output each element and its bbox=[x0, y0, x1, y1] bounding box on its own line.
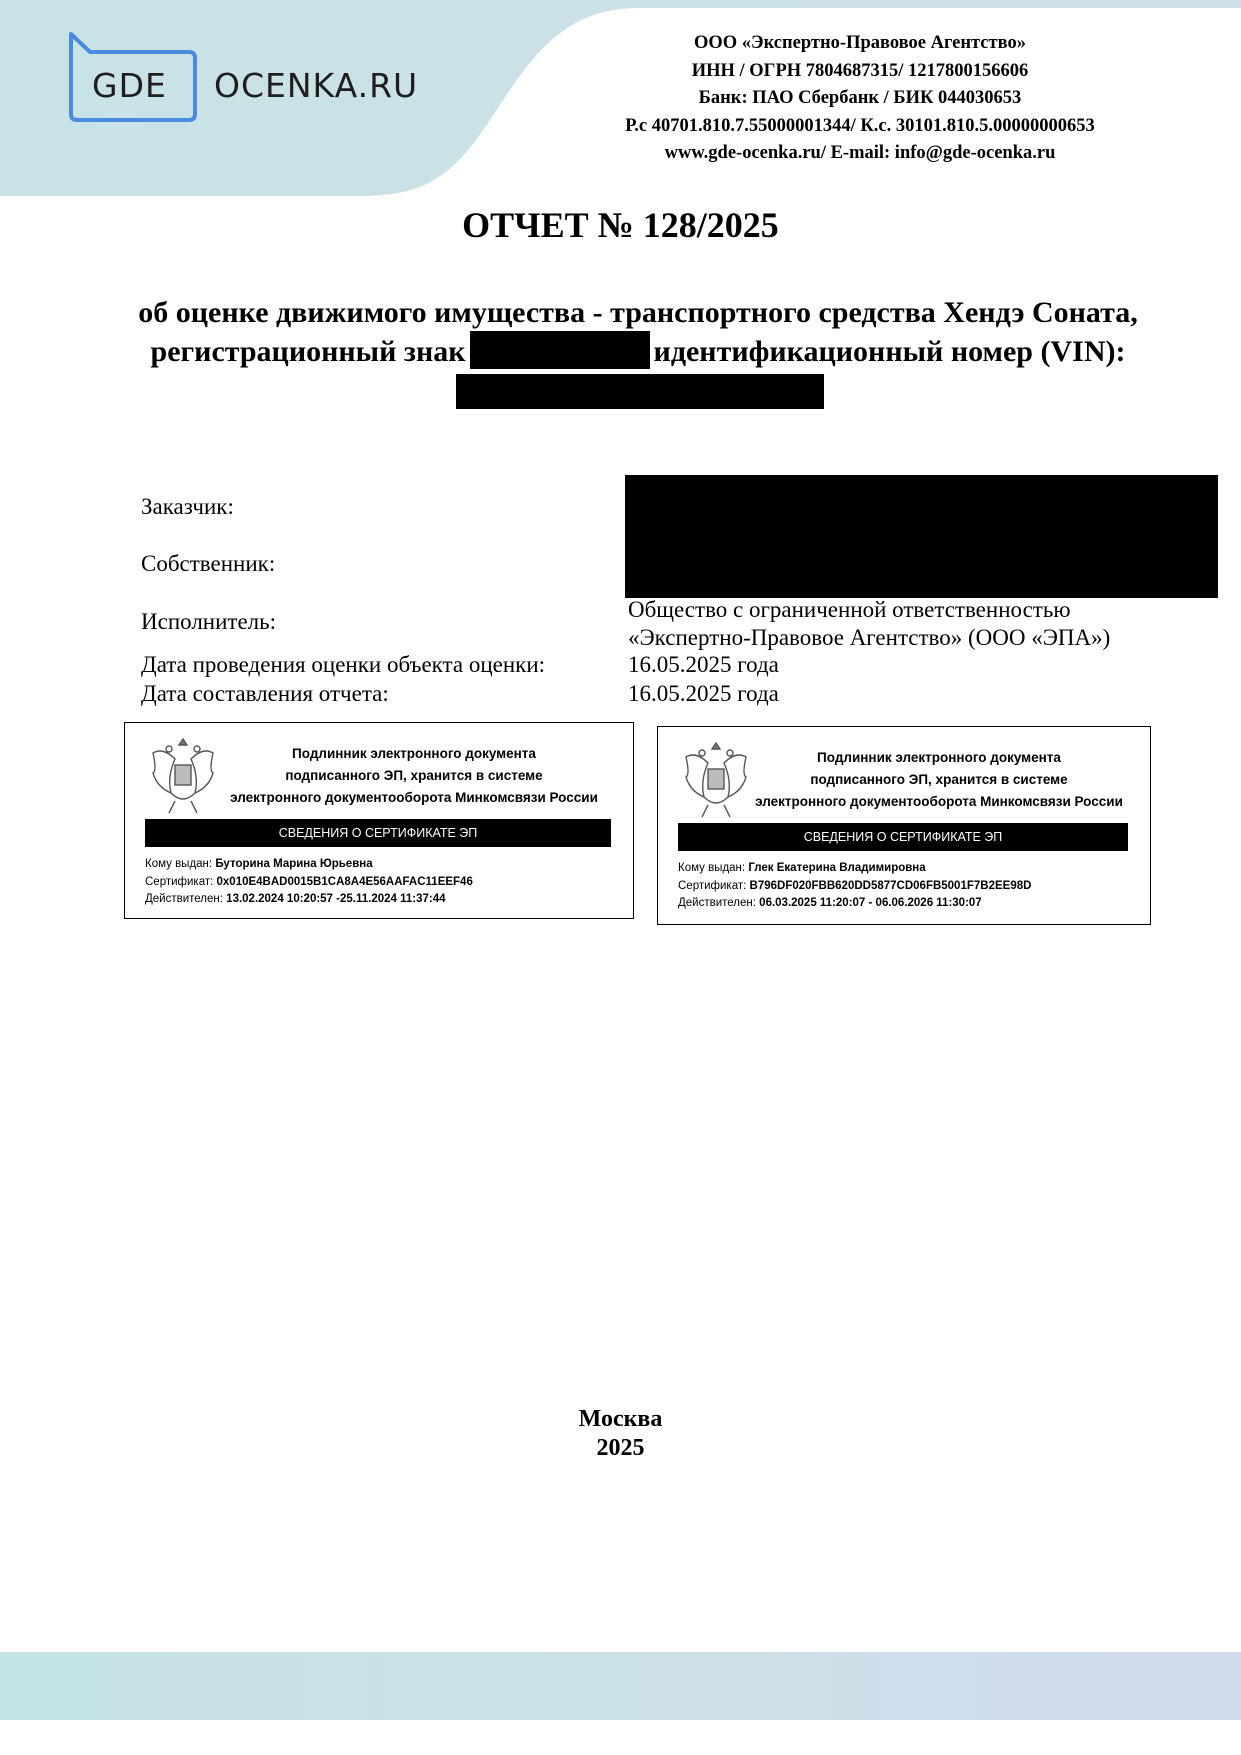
valuation-date-label: Дата проведения оценки объекта оценки: bbox=[141, 652, 545, 678]
stamp-heading-line: подписанного ЭП, хранится в системе bbox=[205, 765, 623, 787]
logo-text-ocenka: OCENKA.RU bbox=[214, 66, 418, 105]
customer-label: Заказчик: bbox=[141, 494, 234, 520]
issued-to-row: Кому выдан: Глек Екатерина Владимировна bbox=[678, 860, 1031, 878]
company-inn-ogrn: ИНН / ОГРН 7804687315/ 1217800156606 bbox=[600, 58, 1120, 86]
stamp-heading-line: электронного документооборота Минкомсвяз… bbox=[738, 791, 1140, 813]
certificate-row: Сертификат: 0x010E4BAD0015B1CA8A4E56AAFA… bbox=[145, 874, 473, 892]
stamp-heading-line: Подлинник электронного документа bbox=[205, 743, 623, 765]
company-name: ООО «Экспертно-Правовое Агентство» bbox=[600, 30, 1120, 58]
executor-line-1: Общество с ограниченной ответственностью bbox=[628, 596, 1110, 624]
report-title: ОТЧЕТ № 128/2025 bbox=[0, 204, 1241, 246]
redacted-customer-owner bbox=[625, 475, 1218, 598]
certificate-info-bar: СВЕДЕНИЯ О СЕРТИФИКАТЕ ЭП bbox=[145, 819, 611, 847]
certificate-info-bar: СВЕДЕНИЯ О СЕРТИФИКАТЕ ЭП bbox=[678, 823, 1128, 851]
certificate-details: Кому выдан: Глек Екатерина Владимировна … bbox=[678, 860, 1031, 913]
valid-label: Действителен: bbox=[678, 897, 756, 909]
stamp-heading-line: Подлинник электронного документа bbox=[738, 747, 1140, 769]
executor-value: Общество с ограниченной ответственностью… bbox=[628, 596, 1110, 652]
company-accounts: Р.с 40701.810.7.55000001344/ К.с. 30101.… bbox=[600, 113, 1120, 141]
company-requisites: ООО «Экспертно-Правовое Агентство» ИНН /… bbox=[600, 30, 1120, 168]
valid-value: 06.03.2025 11:20:07 - 06.06.2026 11:30:0… bbox=[759, 897, 982, 909]
report-subtitle: об оценке движимого имущества - транспор… bbox=[138, 293, 1138, 413]
city: Москва bbox=[0, 1405, 1241, 1434]
place-and-year: Москва 2025 bbox=[0, 1405, 1241, 1463]
redacted-plate bbox=[470, 331, 650, 369]
redacted-vin bbox=[456, 374, 824, 409]
certificate-details: Кому выдан: Буторина Марина Юрьевна Серт… bbox=[145, 856, 473, 909]
certificate-row: Сертификат: B796DF020FBB620DD5877CD06FB5… bbox=[678, 878, 1031, 896]
e-signature-stamp: Подлинник электронного документа подписа… bbox=[657, 726, 1151, 925]
report-date-value: 16.05.2025 года bbox=[628, 680, 779, 708]
valid-value: 13.02.2024 10:20:57 -25.11.2024 11:37:44 bbox=[226, 893, 445, 905]
stamp-heading: Подлинник электронного документа подписа… bbox=[738, 747, 1140, 813]
stamp-heading: Подлинник электронного документа подписа… bbox=[205, 743, 623, 809]
executor-label: Исполнитель: bbox=[141, 609, 276, 635]
company-bank: Банк: ПАО Сбербанк / БИК 044030653 bbox=[600, 85, 1120, 113]
stamp-heading-line: электронного документооборота Минкомсвяз… bbox=[205, 787, 623, 809]
stamp-heading-line: подписанного ЭП, хранится в системе bbox=[738, 769, 1140, 791]
issued-to-label: Кому выдан: bbox=[145, 858, 212, 870]
owner-label: Собственник: bbox=[141, 551, 275, 577]
certificate-value: 0x010E4BAD0015B1CA8A4E56AAFAC11EEF46 bbox=[217, 876, 473, 888]
year: 2025 bbox=[0, 1434, 1241, 1463]
company-contacts: www.gde-ocenka.ru/ E-mail: info@gde-ocen… bbox=[600, 140, 1120, 168]
report-date-label: Дата составления отчета: bbox=[141, 681, 389, 707]
e-signature-stamp: Подлинник электронного документа подписа… bbox=[124, 722, 634, 919]
logo-text-gde: GDE bbox=[92, 66, 167, 105]
subtitle-text-2: идентификационный номер (VIN): bbox=[654, 335, 1126, 368]
valid-row: Действителен: 06.03.2025 11:20:07 - 06.0… bbox=[678, 895, 1031, 913]
valuation-date-value: 16.05.2025 года bbox=[628, 651, 779, 679]
valid-row: Действителен: 13.02.2024 10:20:57 -25.11… bbox=[145, 891, 473, 909]
footer-band bbox=[0, 1652, 1241, 1720]
certificate-label: Сертификат: bbox=[145, 876, 213, 888]
executor-line-2: «Экспертно-Правовое Агентство» (ООО «ЭПА… bbox=[628, 624, 1110, 652]
issued-to-label: Кому выдан: bbox=[678, 862, 745, 874]
issued-to-row: Кому выдан: Буторина Марина Юрьевна bbox=[145, 856, 473, 874]
issued-to-value: Глек Екатерина Владимировна bbox=[748, 862, 925, 874]
certificate-label: Сертификат: bbox=[678, 880, 746, 892]
certificate-value: B796DF020FBB620DD5877CD06FB5001F7B2EE98D bbox=[750, 880, 1032, 892]
issued-to-value: Буторина Марина Юрьевна bbox=[215, 858, 372, 870]
valid-label: Действителен: bbox=[145, 893, 223, 905]
